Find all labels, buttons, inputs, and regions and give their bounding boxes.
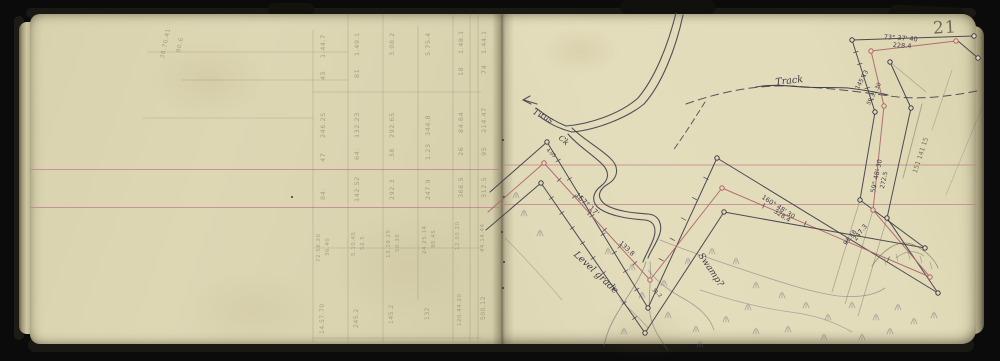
table-entry: 50.30 [396, 234, 402, 252]
table-entry: 132 [425, 307, 431, 320]
table-entry: 74 [481, 65, 488, 74]
table-entry: 81 [354, 69, 361, 78]
table-entry: 72.58.20 [317, 234, 323, 263]
table-entry: 24.25.14 [423, 226, 429, 255]
table-entry: 366.5 [458, 177, 465, 198]
table-entry: 500.12 [481, 296, 487, 320]
table-entry: 44.14.44 [481, 224, 487, 253]
sketch-overlay [0, 0, 1000, 361]
table-entry: 36.40 [326, 238, 332, 256]
table-entry: .38 [389, 148, 396, 160]
table-entry: 18 [458, 67, 465, 76]
table-entry: 1.23 [425, 144, 432, 160]
page-number: 21 [932, 17, 957, 38]
table-entry: 26 [458, 147, 465, 156]
table-entry: 145.2 [389, 304, 395, 324]
table-entry: 12.50.20 [456, 222, 462, 251]
table-entry: 52.5 [361, 236, 367, 250]
table-entry: 84.64 [458, 112, 465, 133]
notebook-photo: 38.76.4190.61.44.71.49.13.08.25.75.41.48… [0, 0, 1000, 361]
table-entry: 120.44.20 [458, 294, 464, 327]
table-entry: 14.57.70 [320, 303, 326, 334]
table-entry: 84. [320, 188, 327, 200]
table-entry: 245.2 [354, 308, 360, 328]
table-entry: 247.9 [425, 179, 432, 200]
table-entry: 64. [354, 148, 361, 160]
table-entry: 312.5 [481, 177, 488, 198]
table-entry: 95 [481, 147, 488, 156]
table-entry: 1.49.1 [354, 32, 361, 56]
table-entry: 344.8 [425, 115, 432, 136]
table-entry: 47 [320, 153, 327, 162]
table-entry: 292.65 [389, 112, 396, 138]
table-entry: 45 [320, 71, 327, 80]
table-entry: 214.47 [481, 107, 488, 133]
table-entry: 3.08.2 [389, 32, 396, 56]
table-entry: 1.44.7 [320, 34, 327, 58]
table-entry: 5.75.4 [425, 32, 432, 56]
table-entry: 1.48.1 [458, 30, 465, 54]
table-entry: 95.45 [432, 230, 438, 248]
table-entry: 142.52 [354, 176, 361, 202]
table-entry: 13.19.25 [387, 230, 393, 259]
table-entry: 132.23 [354, 112, 361, 138]
table-entry: 246.25 [320, 112, 327, 138]
table-entry: 5.10.45 [352, 232, 358, 257]
table-entry: 292.3 [389, 179, 396, 200]
table-entry: 1.44.1 [481, 30, 488, 54]
distance-228: 228.4 [893, 42, 912, 50]
